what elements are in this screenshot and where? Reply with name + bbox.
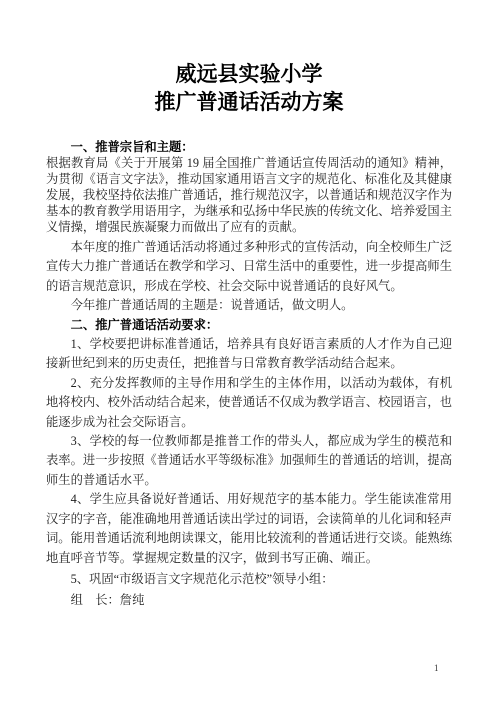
section-1-intro-paragraph: 根据教育局《关于开展第 19 届全国推广普通话宣传周活动的通知》精神，为贯彻《语… [46, 155, 452, 235]
requirement-item-5: 5、巩固“市级语言文字规范化示范校”领导小组： [46, 570, 452, 589]
requirement-item-3: 3、学校的每一位教师都是推普工作的带头人，都应成为学生的模范和表率。进一步按照《… [46, 432, 452, 490]
requirement-item-4: 4、学生应具备说好普通话、用好规范字的基本能力。学生能读准常用汉字的字音，能准确… [46, 490, 452, 568]
doc-title-line-1: 威远县实验小学 [46, 60, 452, 88]
document-page: 威远县实验小学 推广普通话活动方案 一、推普宗旨和主题： 根据教育局《关于开展第… [0, 0, 496, 702]
doc-title-block: 威远县实验小学 推广普通话活动方案 [46, 60, 452, 116]
section-1-heading: 一、推普宗旨和主题： [46, 139, 452, 155]
doc-title-line-2: 推广普通话活动方案 [46, 88, 452, 116]
theme-paragraph: 今年推广普通话周的主题是：说普通话，做文明人。 [46, 296, 452, 315]
requirement-item-1: 1、学校要把讲标准普通话，培养具有良好语言素质的人才作为自己迎接新世纪到来的历史… [46, 335, 452, 374]
page-number: 1 [434, 663, 439, 673]
requirement-item-2: 2、充分发挥教师的主导作用和学生的主体作用，以活动为载体，有机地将校内、校外活动… [46, 374, 452, 432]
annual-activity-paragraph: 本年度的推广普通话活动将通过多种形式的宣传活动，向全校师生广泛宣传大力推广普通话… [46, 238, 452, 296]
leader-group-line: 组 长：詹纯 [46, 591, 452, 610]
section-2-heading: 二、推广普通话活动要求： [46, 316, 452, 335]
